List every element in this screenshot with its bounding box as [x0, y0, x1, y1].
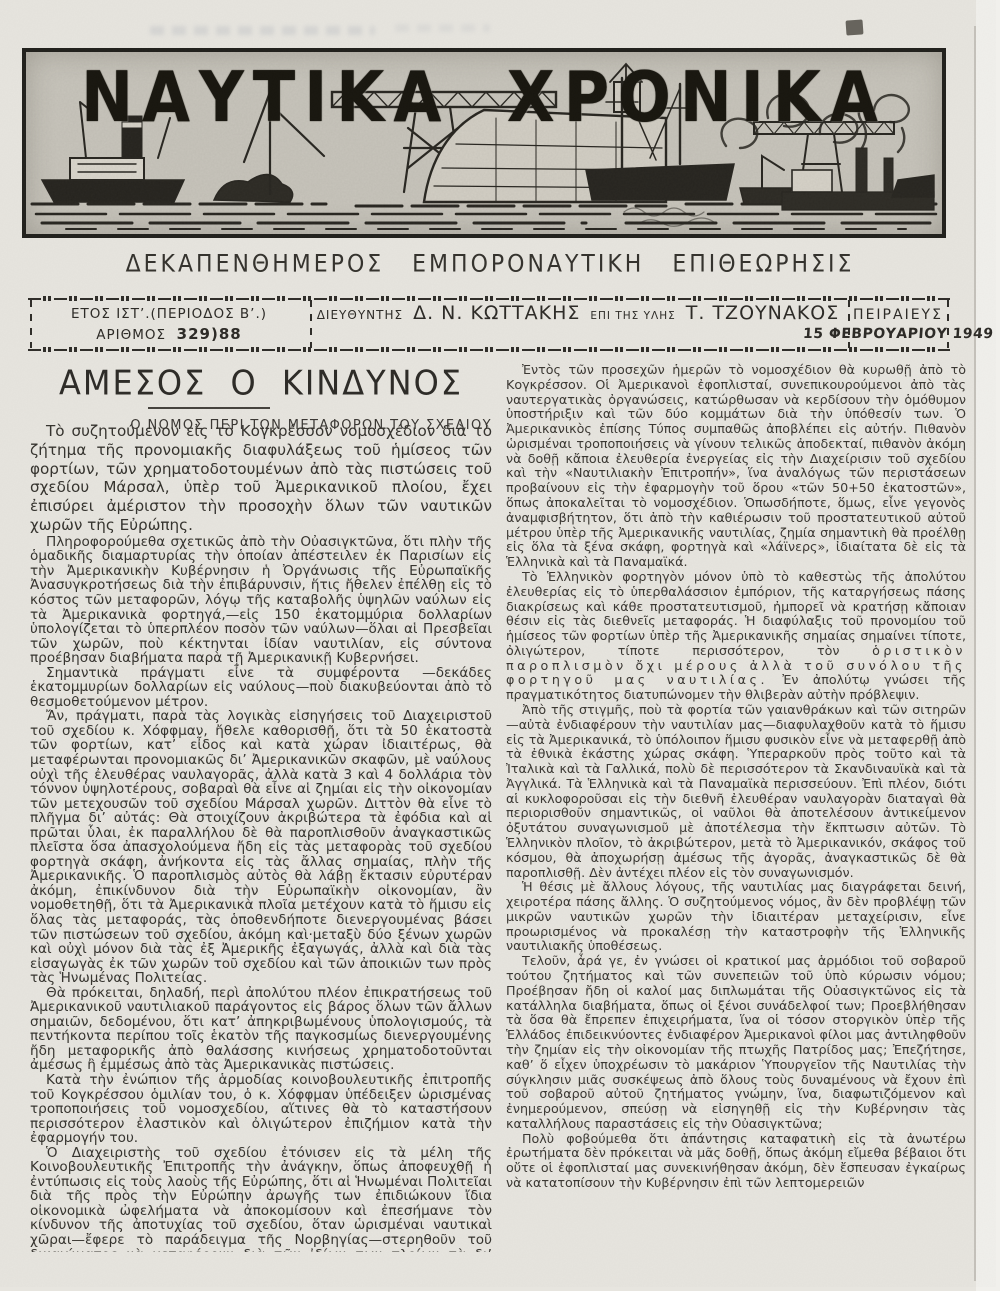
issue-info: ΕΤΟΣ ΙΣΤ’.(ΠΕΡΙΟΔΟΣ Β’.) ΑΡΙΘΜΟΣ 329)88	[36, 302, 302, 346]
place-date-info: ΠΕΙΡΑΙΕΥΣ 15 ΦΕΒΡΟΥΑΡΙΟΥ 1949	[852, 302, 944, 346]
scan-edge-line	[974, 26, 976, 1281]
article-column-right: Ἐντὸς τῶν προσεχῶν ἡμερῶν τὸ νομοσχέδιον…	[506, 363, 966, 1251]
paragraph: Τελοῦν, ἆρά γε, ἐν γνώσει οἱ κρατικοί μα…	[506, 954, 966, 1131]
issue-number: 329)88	[177, 325, 242, 343]
editor-name: Τ. ΤΖΟΥΝΑΚΟΣ	[686, 302, 840, 324]
infobar-divider	[308, 300, 313, 348]
editor-label: ΕΠΙ ΤΗΣ ΥΛΗΣ	[590, 310, 675, 322]
paragraph: Ἄν, πράγματι, παρὰ τὰς λογικὰς εἰσηγήσει…	[30, 709, 492, 985]
article-column-left: Τὸ συζητούμενον εἰς τὸ Κογκρέσσον νομοσχ…	[30, 422, 492, 1252]
issue-year: ΕΤΟΣ ΙΣΤ’.(ΠΕΡΙΟΔΟΣ Β’.)	[71, 306, 267, 322]
publication-date: 15 ΦΕΒΡΟΥΑΡΙΟΥ 1949	[802, 326, 994, 342]
paragraph: Τὸ Ἑλληνικὸν φορτηγὸν μόνον ὑπὸ τὸ καθεσ…	[506, 570, 966, 703]
scan-edge-strip	[976, 0, 1000, 1291]
director-label: ΔΙΕΥΘΥΝΤΗΣ	[317, 308, 403, 322]
headline-rule	[148, 407, 270, 409]
issue-number-line: ΑΡΙΘΜΟΣ 329)88	[96, 325, 241, 343]
paragraph: Θὰ πρόκειται, δηλαδή, περὶ ἀπολύτου πλέο…	[30, 986, 492, 1073]
paragraph: Τὸ συζητούμενον εἰς τὸ Κογκρέσσον νομοσχ…	[30, 422, 492, 535]
infobar-border-left	[28, 300, 33, 348]
masthead: ΝΑΥΤΙΚΑ ΧΡΟΝΙΚΑ	[22, 48, 946, 238]
newspaper-page: ΝΑΥΤΙΚΑ ΧΡΟΝΙΚΑ ΔΕΚΑΠΕΝΘΗΜΕΡΟΣ ΕΜΠΟΡΟΝΑΥ…	[0, 0, 1000, 1291]
paragraph: Ὁ Διαχειριστὴς τοῦ σχεδίου ἐτόνισεν εἰς …	[30, 1146, 492, 1252]
infobar: ΕΤΟΣ ΙΣΤ’.(ΠΕΡΙΟΔΟΣ Β’.) ΑΡΙΘΜΟΣ 329)88 …	[28, 296, 950, 352]
publication-place: ΠΕΙΡΑΙΕΥΣ	[853, 307, 943, 323]
masthead-title: ΝΑΥΤΙΚΑ ΧΡΟΝΙΚΑ	[26, 56, 942, 138]
issue-number-label: ΑΡΙΘΜΟΣ	[96, 327, 166, 343]
infobar-border-top	[28, 296, 950, 301]
ink-blot	[845, 19, 863, 35]
bleed-through-smudge	[395, 24, 490, 32]
paragraph: Ἐντὸς τῶν προσεχῶν ἡμερῶν τὸ νομοσχέδιον…	[506, 363, 966, 570]
paragraph: Κατὰ τὴν ἐνώπιον τῆς ἁρμοδίας κοινοβουλε…	[30, 1073, 492, 1146]
article-headline: ΑΜΕΣΟΣ Ο ΚΙΝΔΥΝΟΣ	[30, 363, 492, 403]
infobar-border-bottom	[28, 347, 950, 352]
paragraph: Ἡ θέσις μὲ ἄλλους λόγους, τῆς ναυτιλίας …	[506, 880, 966, 954]
paragraph: Σημαντικὰ πράγματι εἶνε τὰ συμφέροντα —δ…	[30, 666, 492, 710]
staff-info: ΔΙΕΥΘΥΝΤΗΣ Δ. Ν. ΚΩΤΤΑΚΗΣ ΕΠΙ ΤΗΣ ΥΛΗΣ Τ…	[316, 302, 840, 346]
paragraph: Πληροφορούμεθα σχετικῶς ἀπὸ τὴν Οὐασιγκτ…	[30, 535, 492, 666]
paragraph: Ἀπὸ τῆς στιγμῆς, ποὺ τὰ φορτία τῶν γαιαν…	[506, 703, 966, 880]
paragraph: Πολὺ φοβούμεθα ὅτι ἀπάντησις καταφατικὴ …	[506, 1132, 966, 1191]
masthead-subtitle: ΔΕΚΑΠΕΝΘΗΜΕΡΟΣ ΕΜΠΟΡΟΝΑΥΤΙΚΗ ΕΠΙΘΕΩΡΗΣΙΣ	[40, 251, 940, 278]
bleed-through-smudge	[150, 26, 375, 35]
director-name: Δ. Ν. ΚΩΤΤΑΚΗΣ	[413, 302, 580, 324]
